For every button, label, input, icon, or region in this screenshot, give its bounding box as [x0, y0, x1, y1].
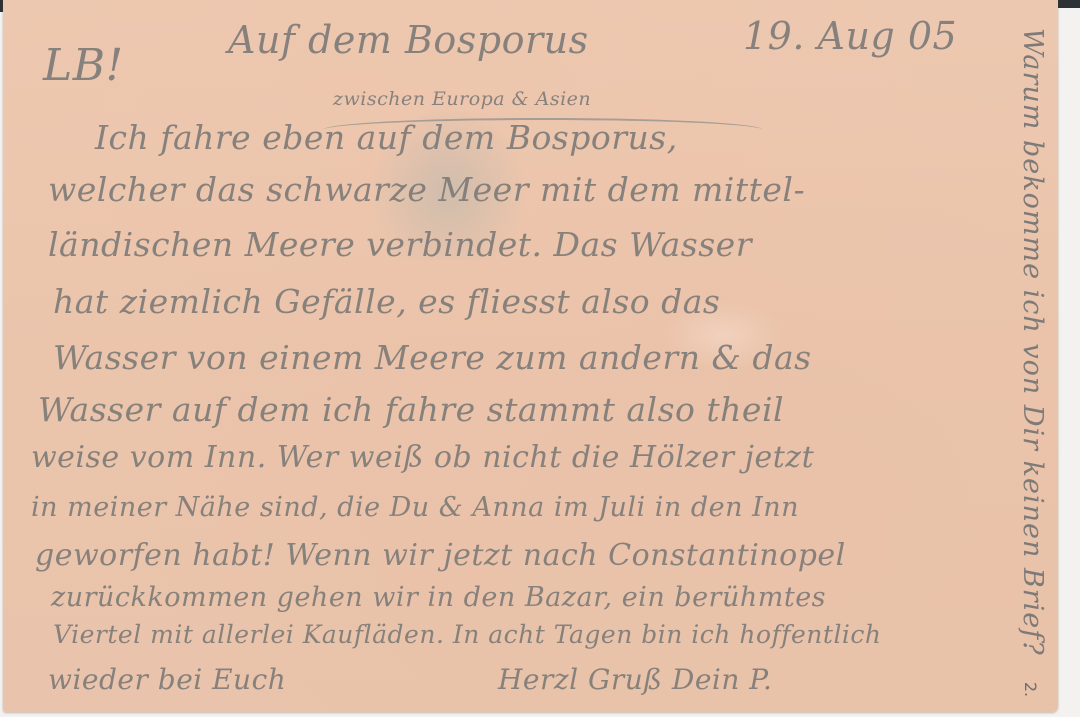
- date-heading: 19. Aug 05: [743, 14, 957, 58]
- text-line: weise vom Inn. Wer weiß ob nicht die Höl…: [31, 440, 814, 475]
- page-marker: 2.: [1021, 682, 1040, 697]
- scanned-postcard: LB! Auf dem Bosporus 19. Aug 05 zwischen…: [0, 0, 1080, 717]
- text-line: Wasser von einem Meere zum andern & das: [53, 338, 812, 377]
- text-line: Wasser auf dem ich fahre stammt also the…: [38, 390, 784, 429]
- salutation: LB!: [43, 40, 124, 91]
- text-line: in meiner Nähe sind, die Du & Anna im Ju…: [31, 492, 799, 523]
- text-line: Viertel mit allerlei Kaufläden. In acht …: [53, 620, 882, 649]
- postcard: LB! Auf dem Bosporus 19. Aug 05 zwischen…: [3, 0, 1058, 712]
- text-line: ländischen Meere verbindet. Das Wasser: [48, 225, 752, 264]
- closing-signature: Herzl Gruß Dein P.: [498, 663, 772, 696]
- text-line: welcher das schwarze Meer mit dem mittel…: [48, 170, 805, 209]
- text-line: geworfen habt! Wenn wir jetzt nach Const…: [35, 538, 846, 573]
- text-line: wieder bei Euch: [48, 663, 286, 696]
- text-line: hat ziemlich Gefälle, es fliesst also da…: [53, 282, 720, 321]
- scan-edge: [1058, 0, 1080, 8]
- text-line: zurückkommen gehen wir in den Bazar, ein…: [51, 582, 826, 613]
- text-line: Ich fahre eben auf dem Bosporus,: [95, 118, 678, 157]
- margin-note: Warum bekomme ich von Dir keinen Brief?: [1017, 28, 1048, 656]
- place-heading: Auf dem Bosporus: [228, 18, 589, 62]
- insertion-text: zwischen Europa & Asien: [333, 88, 591, 110]
